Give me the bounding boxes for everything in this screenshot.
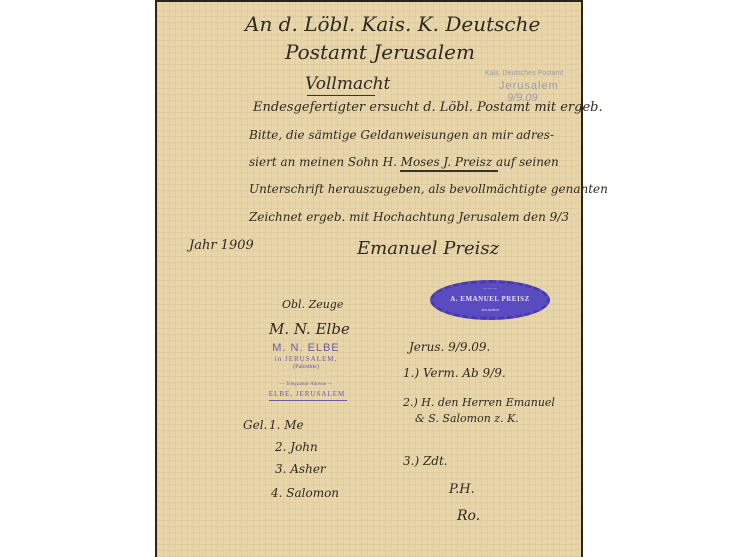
elbe-stamp-line-5: ELBE, JERUSALEM <box>257 390 357 398</box>
list-item-3: 3. Asher <box>275 462 326 476</box>
note-line-3: 2.) H. den Herren Emanuel <box>403 396 555 409</box>
list-item-4: 4. Salomon <box>271 486 339 500</box>
note-line-2: 1.) Verm. Ab 9/9. <box>403 366 506 380</box>
elbe-stamp-line-2: in JERUSALEM, <box>262 355 350 363</box>
note-line-1: Jerus. 9/9.09. <box>409 340 490 354</box>
body-line-2: Bitte, die sämtige Geldanweisungen an mi… <box>249 128 554 142</box>
document-title: Vollmacht <box>305 74 390 94</box>
body-line-4: Unterschrift herauszugeben, als bevollmä… <box>249 182 608 196</box>
oval-stamp-top: — — — <box>433 285 547 290</box>
oval-company-stamp: — — — A. EMANUEL PREISZ Jerusalem <box>430 280 550 320</box>
list-label: Gel. <box>243 418 267 432</box>
title-underline <box>307 95 375 96</box>
list-item-1: 1. Ме <box>269 418 304 432</box>
witness-name: M. N. Elbe <box>269 320 350 338</box>
elbe-stamp-line-4: — Telegramm-Adresse — <box>262 382 350 387</box>
name-underline <box>400 170 498 172</box>
document-paper: An d. Löbl. Kais. K. Deutsche Postamt Je… <box>155 0 583 557</box>
elbe-stamp-line-1: M. N. ELBE <box>265 342 347 354</box>
elbe-stamp-underline <box>269 400 347 401</box>
witness-label: Obl. Zeuge <box>282 298 343 311</box>
body-line-5: Zeichnet ergeb. mit Hochachtung Jerusale… <box>249 210 569 224</box>
note-line-4: & S. Salomon z. K. <box>415 412 519 425</box>
body-line-1: Endesgefertigter ersucht d. Löbl. Postam… <box>253 100 603 115</box>
header-line-2: Postamt Jerusalem <box>285 40 475 64</box>
signature: Emanuel Preisz <box>357 238 499 259</box>
list-item-2: 2. John <box>275 440 318 454</box>
header-line-1: An d. Löbl. Kais. K. Deutsche <box>245 12 540 36</box>
date-left: Jahr 1909 <box>189 238 254 253</box>
elbe-stamp-line-3: (Palestine) <box>265 364 347 370</box>
note-line-7: Ro. <box>457 508 480 524</box>
oval-stamp-main: A. EMANUEL PREISZ <box>433 295 547 303</box>
body-line-3: siert an meinen Sohn H. Moses J. Preisz … <box>249 155 559 169</box>
note-line-6: P.H. <box>449 482 475 497</box>
postal-stamp-line-2: Jerusalem <box>499 80 559 92</box>
postal-stamp-line-1: Kais. Deutsches Postamt <box>485 70 563 77</box>
note-line-5: 3.) Zdt. <box>403 454 448 468</box>
oval-stamp-bottom: Jerusalem <box>433 307 547 312</box>
